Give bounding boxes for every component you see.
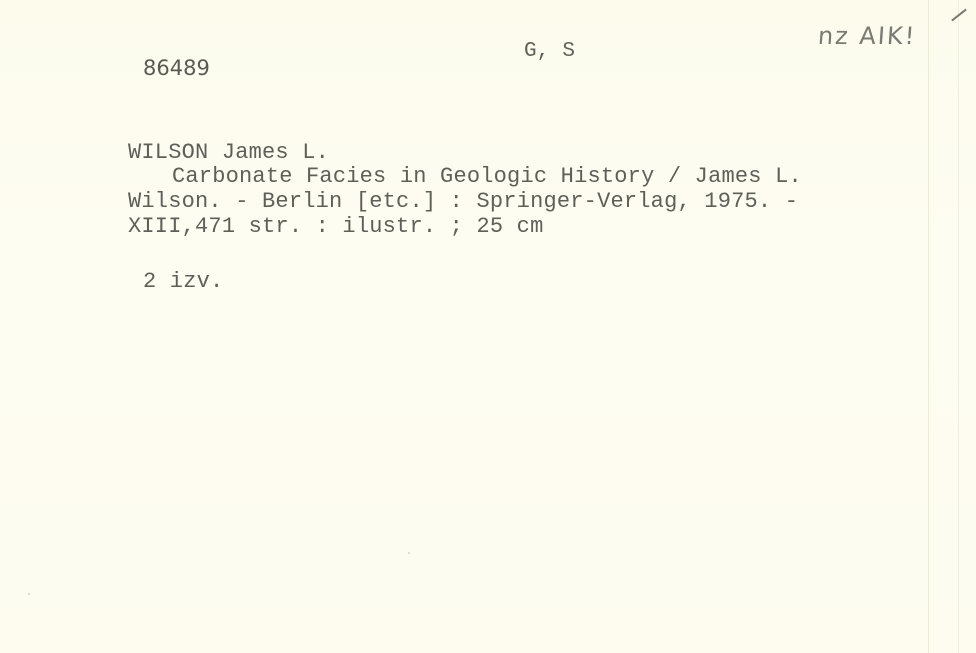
title-line: Carbonate Facies in Geologic History / J… bbox=[172, 164, 802, 189]
card-edge-line bbox=[928, 0, 929, 653]
accession-number: 86489 bbox=[143, 56, 210, 80]
copies-note: 2 izv. bbox=[143, 269, 223, 294]
handwritten-note: nz AIK! bbox=[817, 22, 917, 50]
paper-speck bbox=[28, 593, 30, 595]
classification-mark: G, S bbox=[524, 40, 575, 63]
paper-speck bbox=[408, 552, 410, 554]
catalog-card: 86489 G, S nz AIK! WILSON James L. Carbo… bbox=[0, 0, 976, 653]
publication-line: Wilson. - Berlin [etc.] : Springer-Verla… bbox=[128, 189, 798, 214]
author-heading: WILSON James L. bbox=[128, 140, 329, 165]
check-mark-icon bbox=[951, 9, 966, 22]
physical-description-line: XIII,471 str. : ilustr. ; 25 cm bbox=[128, 214, 543, 239]
card-edge-line bbox=[958, 0, 959, 653]
